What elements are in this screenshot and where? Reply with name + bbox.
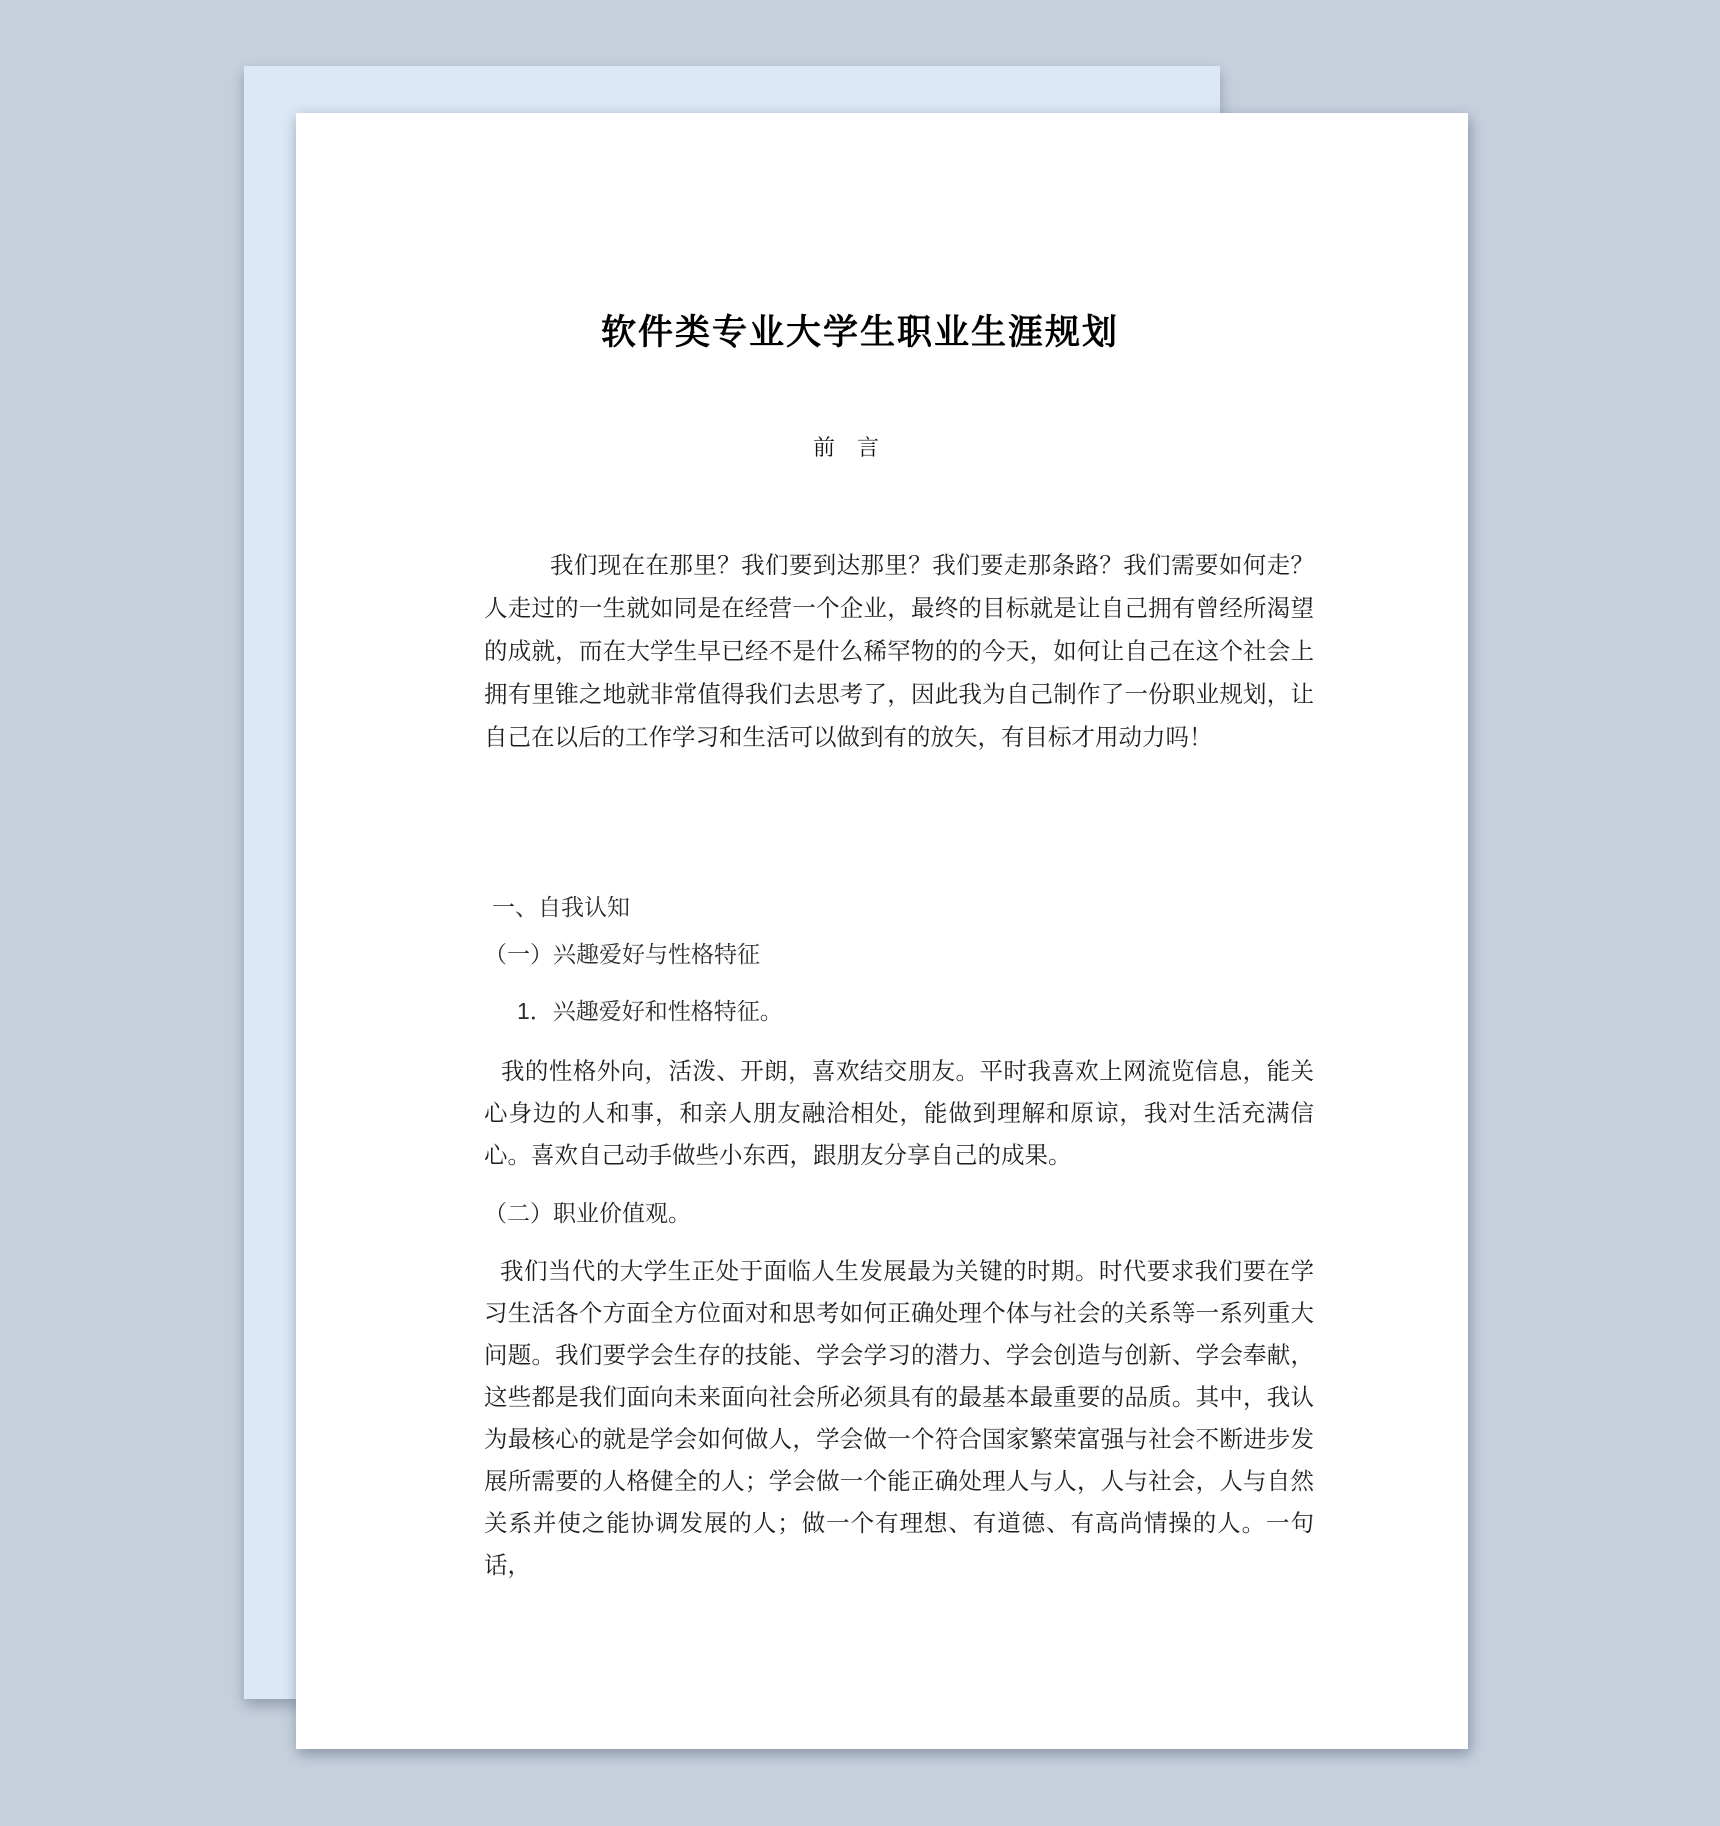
app-background: 软件类专业大学生职业生涯规划 前 言 我们现在在那里？我们要到达那里？我们要走那…	[0, 0, 1720, 1826]
list-item-interests-personality: 1．兴趣爱好和性格特征。	[517, 990, 1314, 1032]
document-page: 软件类专业大学生职业生涯规划 前 言 我们现在在那里？我们要到达那里？我们要走那…	[296, 113, 1468, 1749]
preface-heading: 前 言	[813, 431, 879, 462]
document-title: 软件类专业大学生职业生涯规划	[274, 305, 1446, 355]
heading-self-awareness: 一、自我认知	[492, 886, 1322, 928]
values-paragraph: 我们当代的大学生正处于面临人生发展最为关键的时期。时代要求我们要在学习生活各个方…	[484, 1251, 1314, 1587]
personality-paragraph: 我的性格外向，活泼、开朗，喜欢结交朋友。平时我喜欢上网流览信息，能关心身边的人和…	[484, 1051, 1314, 1177]
preface-paragraph: 我们现在在那里？我们要到达那里？我们要走那条路？我们需要如何走？人走过的一生就如…	[484, 545, 1314, 760]
subheading-interests-personality: （一）兴趣爱好与性格特征	[484, 933, 1314, 975]
subheading-career-values: （二）职业价值观。	[484, 1193, 1314, 1235]
